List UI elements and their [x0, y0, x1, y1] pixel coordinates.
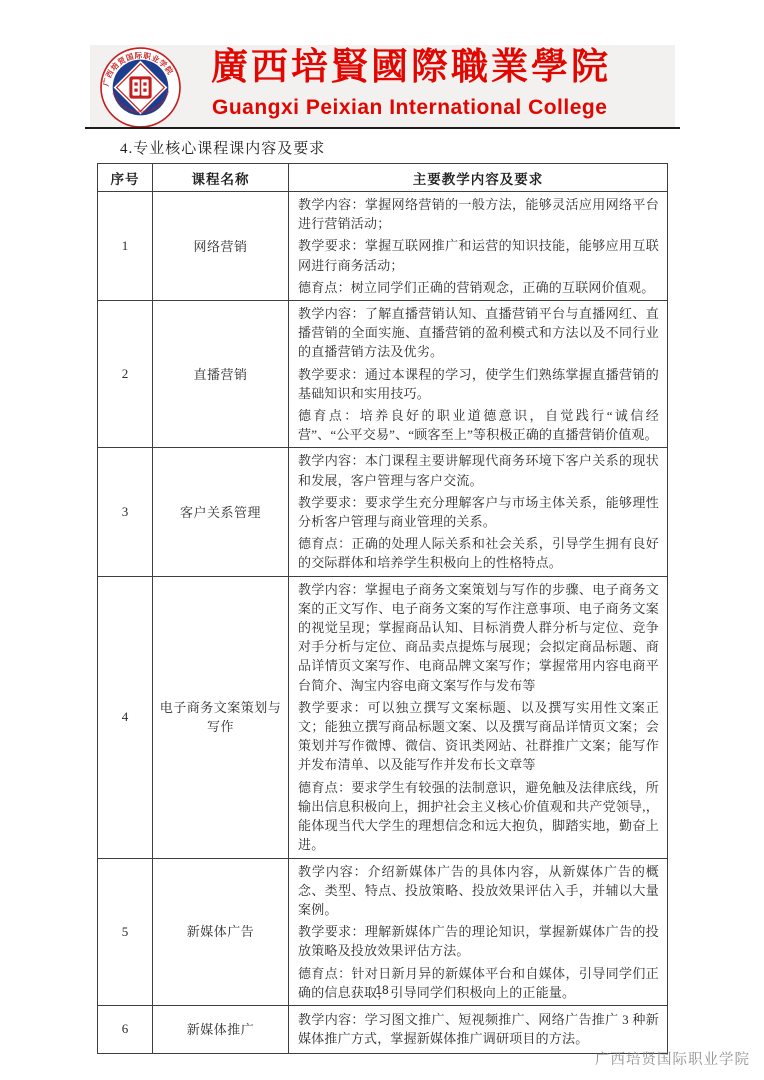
content-paragraph: 教学内容：学习图文推广、短视频推广、网络广告推广 3 种新媒体推广方式，掌握新媒…: [298, 1010, 659, 1048]
course-content: 教学内容：掌握电子商务文案策划与写作的步骤、电子商务文案的正文写作、电子商务文案…: [289, 576, 668, 858]
content-paragraph: 教学内容：本门课程主要讲解现代商务环境下客户关系的现状和发展，客户管理与客户交流…: [298, 451, 659, 489]
content-paragraph: 德育点：要求学生有较强的法制意识，避免触及法律底线，所输出信息积极向上，拥护社会…: [298, 778, 659, 855]
content-paragraph: 教学要求：理解新媒体广告的理论知识，掌握新媒体广告的投放策略及投放效果评估方法。: [298, 922, 659, 960]
content-paragraph: 德育点：培养良好的职业道德意识，自觉践行“诚信经营”、“公平交易”、“顾客至上”…: [298, 406, 659, 444]
document-page: 广西培贤国际职业学院 GUANGXI PEIXIAN INTERNATIONAL…: [0, 0, 764, 1080]
table-row: 3 客户关系管理 教学内容：本门课程主要讲解现代商务环境下客户关系的现状和发展，…: [98, 448, 668, 576]
college-name-chinese: 廣西培賢國際職業學院: [211, 46, 663, 90]
content-paragraph: 教学内容：掌握网络营销的一般方法，能够灵活应用网络平台进行营销活动；: [298, 195, 659, 233]
course-content: 教学内容：本门课程主要讲解现代商务环境下客户关系的现状和发展，客户管理与客户交流…: [289, 448, 668, 576]
footer-watermark: 广西培贤国际职业学院: [595, 1048, 750, 1069]
row-number: 4: [98, 576, 153, 858]
table-row: 6 新媒体推广 教学内容：学习图文推广、短视频推广、网络广告推广 3 种新媒体推…: [98, 1005, 668, 1053]
content-paragraph: 教学要求：通过本课程的学习，使学生们熟练掌握直播营销的基础知识和实用技巧。: [298, 365, 659, 403]
content-paragraph: 教学要求：要求学生充分理解客户与市场主体关系，能够理性分析客户管理与商业管理的关…: [298, 493, 659, 531]
content-paragraph: 教学要求：可以独立撰写文案标题、以及撰写实用性文案正文；能独立撰写商品标题文案、…: [298, 698, 659, 775]
table-row: 1 网络营销 教学内容：掌握网络营销的一般方法，能够灵活应用网络平台进行营销活动…: [98, 192, 668, 301]
course-name: 网络营销: [153, 192, 289, 301]
table-row: 2 直播营销 教学内容：了解直播营销认知、直播营销平台与直播网红、直播营销的全面…: [98, 301, 668, 448]
header-cell-content: 主要教学内容及要求: [289, 164, 668, 192]
course-content: 教学内容：学习图文推广、短视频推广、网络广告推广 3 种新媒体推广方式，掌握新媒…: [289, 1005, 668, 1053]
course-table: 序号 课程名称 主要教学内容及要求 1 网络营销 教学内容：掌握网络营销的一般方…: [97, 163, 668, 1054]
college-seal-logo: 广西培贤国际职业学院 GUANGXI PEIXIAN INTERNATIONAL…: [100, 47, 181, 128]
content-paragraph: 教学要求：掌握互联网推广和运营的知识技能，能够应用互联网进行商务活动；: [298, 236, 659, 274]
header-cell-number: 序号: [98, 164, 153, 192]
content-paragraph: 教学内容：掌握电子商务文案策划与写作的步骤、电子商务文案的正文写作、电子商务文案…: [298, 580, 659, 695]
college-name-english: Guangxi Peixian International College: [212, 96, 664, 120]
section-title: 4.专业核心课程课内容及要求: [120, 137, 325, 158]
row-number: 2: [98, 301, 153, 448]
content-paragraph: 德育点：树立同学们正确的营销观念，正确的互联网价值观。: [298, 278, 659, 297]
header-cell-course: 课程名称: [153, 164, 289, 192]
page-number: 18: [0, 983, 764, 997]
course-name: 客户关系管理: [153, 448, 289, 576]
content-paragraph: 教学内容：介绍新媒体广告的具体内容，从新媒体广告的概念、类型、特点、投放策略、投…: [298, 862, 659, 920]
content-paragraph: 德育点：正确的处理人际关系和社会关系，引导学生拥有良好的交际群体和培养学生积极向…: [298, 534, 659, 572]
row-number: 1: [98, 192, 153, 301]
row-number: 6: [98, 1005, 153, 1053]
row-number: 3: [98, 448, 153, 576]
content-paragraph: 教学内容：了解直播营销认知、直播营销平台与直播网红、直播营销的全面实施、直播营销…: [298, 304, 659, 362]
course-table-container: 序号 课程名称 主要教学内容及要求 1 网络营销 教学内容：掌握网络营销的一般方…: [97, 163, 667, 1054]
course-name: 电子商务文案策划与写作: [153, 576, 289, 858]
course-content: 教学内容：了解直播营销认知、直播营销平台与直播网红、直播营销的全面实施、直播营销…: [289, 301, 668, 448]
course-content: 教学内容：掌握网络营销的一般方法，能够灵活应用网络平台进行营销活动； 教学要求：…: [289, 192, 668, 301]
course-name: 直播营销: [153, 301, 289, 448]
table-header-row: 序号 课程名称 主要教学内容及要求: [98, 164, 668, 192]
table-row: 4 电子商务文案策划与写作 教学内容：掌握电子商务文案策划与写作的步骤、电子商务…: [98, 576, 668, 858]
course-name: 新媒体推广: [153, 1005, 289, 1053]
header-divider: [85, 127, 680, 129]
